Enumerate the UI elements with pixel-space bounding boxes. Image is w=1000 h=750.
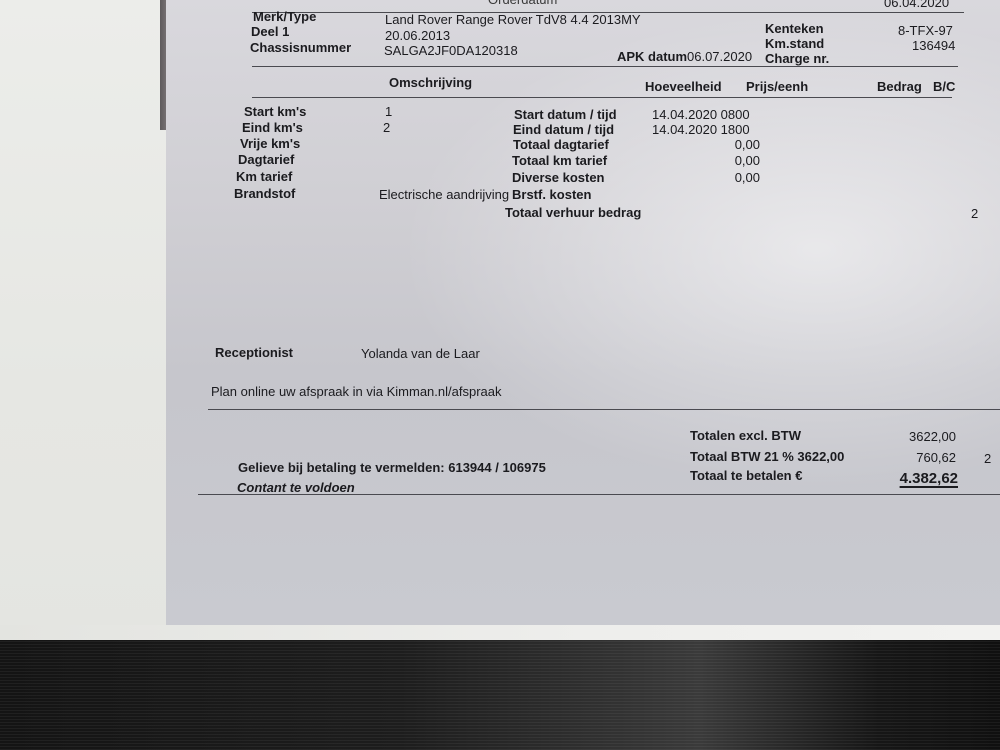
diverse-kosten-value: 0,00 [686,170,760,185]
km-tarief-label: Km tarief [236,169,292,184]
start-datum-value: 14.04.2020 0800 [652,107,750,122]
deel1-value: 20.06.2013 [385,28,450,43]
totaal-btw-label: Totaal BTW 21 % 3622,00 [690,449,844,464]
totalen-excl-value: 3622,00 [866,429,956,444]
kmstand-label: Km.stand [765,36,824,51]
brandstof-value: Electrische aandrijving [379,187,509,202]
totaal-km-tarief-label: Totaal km tarief [512,153,607,168]
kenteken-value: 8-TFX-97 [898,23,953,38]
col-bc: B/C [933,79,955,94]
vrije-km-label: Vrije km's [240,136,300,151]
kmstand-value: 136494 [912,38,955,53]
apk-value: 06.07.2020 [687,49,752,64]
chassis-value: SALGA2JF0DA120318 [384,43,518,58]
divider [198,494,1000,495]
totaal-te-betalen-value: 4.382,62 [858,470,958,487]
merk-type-label: Merk/Type [253,9,316,24]
brandstof-label: Brandstof [234,186,295,201]
kenteken-label: Kenteken [765,21,824,36]
eind-datum-value: 14.04.2020 1800 [652,122,750,137]
chassis-label: Chassisnummer [250,40,351,55]
table-surface [0,640,1000,750]
totaal-dagtarief-value: 0,00 [686,137,760,152]
apk-label: APK datum [617,49,687,64]
charge-label: Charge nr. [765,51,829,66]
totaal-verhuur-label: Totaal verhuur bedrag [505,205,641,220]
divider [252,97,952,98]
orderdatum-value: 06.04.2020 [884,0,949,10]
divider [252,66,958,67]
dagtarief-label: Dagtarief [238,152,294,167]
diverse-kosten-label: Diverse kosten [512,170,605,185]
totaal-btw-value: 760,62 [866,450,956,465]
deel1-label: Deel 1 [251,24,289,39]
payment-reference: Gelieve bij betaling te vermelden: 61394… [238,460,546,475]
receptionist-label: Receptionist [215,345,293,360]
col-omschrijving: Omschrijving [389,75,472,90]
eind-km-label: Eind km's [242,120,303,135]
online-appointment-notice: Plan online uw afspraak in via Kimman.nl… [211,384,501,399]
merk-type-value: Land Rover Range Rover TdV8 4.4 2013MY [385,12,641,27]
start-km-value: 1 [385,104,392,119]
payment-method: Contant te voldoen [237,480,355,495]
col-bedrag: Bedrag [877,79,922,94]
background-sheet [0,0,168,645]
eind-km-value: 2 [383,120,390,135]
receptionist-name: Yolanda van de Laar [361,346,480,361]
totaal-dagtarief-label: Totaal dagtarief [513,137,609,152]
start-km-label: Start km's [244,104,306,119]
verhuur-bc-code: 2 [971,206,978,221]
divider [208,409,1000,410]
totaal-km-tarief-value: 0,00 [686,153,760,168]
invoice-document: Orderdatum 06.04.2020 Merk/Type Land Rov… [166,0,1000,625]
totaal-te-betalen-label: Totaal te betalen € [690,468,802,483]
start-datum-label: Start datum / tijd [514,107,617,122]
totalen-excl-label: Totalen excl. BTW [690,428,801,443]
col-hoeveelheid: Hoeveelheid [645,79,722,94]
brstf-kosten-label: Brstf. kosten [512,187,591,202]
eind-datum-label: Eind datum / tijd [513,122,614,137]
btw-code: 2 [984,451,991,466]
col-prijs: Prijs/eenh [746,79,808,94]
orderdatum-label: Orderdatum [488,0,557,7]
